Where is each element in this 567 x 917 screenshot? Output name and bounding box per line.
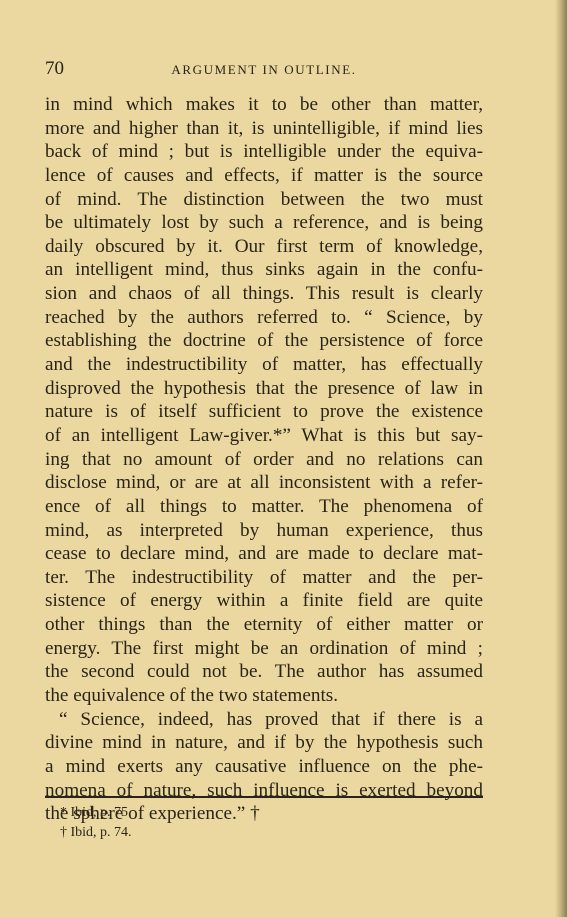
text-line: other things than the eternity of either… <box>45 613 483 637</box>
body-text: in mind which makes it to be other than … <box>45 93 483 826</box>
text-line: of an intelligent Law-giver.*” What is t… <box>45 424 483 448</box>
text-line: ing that no amount of order and no relat… <box>45 448 483 472</box>
text-line: a mind exerts any causative influence on… <box>45 755 483 779</box>
footnotes: * Ibid, p. 75. † Ibid, p. 74. <box>60 803 132 843</box>
text-line: disclose mind, or are at all inconsisten… <box>45 471 483 495</box>
running-title: ARGUMENT IN OUTLINE. <box>45 60 483 80</box>
text-line: sion and chaos of all things. This resul… <box>45 282 483 306</box>
footnote-rule <box>45 796 483 798</box>
text-line: lence of causes and effects, if matter i… <box>45 164 483 188</box>
text-line: and the indestructibility of matter, has… <box>45 353 483 377</box>
text-line: in mind which makes it to be other than … <box>45 93 483 117</box>
text-line: an intelligent mind, thus sinks again in… <box>45 258 483 282</box>
book-page: 70 ARGUMENT IN OUTLINE. in mind which ma… <box>0 0 567 917</box>
text-line: be ultimately lost by such a reference, … <box>45 211 483 235</box>
text-line: back of mind ; but is intelligible under… <box>45 140 483 164</box>
text-line: energy. The first might be an ordination… <box>45 637 483 661</box>
text-line: more and higher than it, is unintelligib… <box>45 117 483 141</box>
text-line: the second could not be. The author has … <box>45 660 483 684</box>
text-line: sistence of energy within a finite field… <box>45 589 483 613</box>
text-line: divine mind in nature, and if by the hyp… <box>45 731 483 755</box>
text-line: ence of all things to matter. The phenom… <box>45 495 483 519</box>
text-line: nomena of nature, such influence is exer… <box>45 779 483 803</box>
text-line: “ Science, indeed, has proved that if th… <box>45 708 483 732</box>
text-line: disproved the hypothesis that the presen… <box>45 377 483 401</box>
text-line: mind, as interpreted by human experience… <box>45 519 483 543</box>
text-line: cease to declare mind, and are made to d… <box>45 542 483 566</box>
text-line: establishing the doctrine of the persist… <box>45 329 483 353</box>
text-line: daily obscured by it. Our first term of … <box>45 235 483 259</box>
text-line: the equivalence of the two statements. <box>45 684 483 708</box>
footnote: † Ibid, p. 74. <box>60 823 132 843</box>
text-line: reached by the authors referred to. “ Sc… <box>45 306 483 330</box>
running-head: 70 ARGUMENT IN OUTLINE. <box>45 58 483 80</box>
footnote: * Ibid, p. 75. <box>60 803 132 823</box>
text-line: nature is of itself sufficient to prove … <box>45 400 483 424</box>
text-line: of mind. The distinction between the two… <box>45 188 483 212</box>
text-line: ter. The indestructibility of matter and… <box>45 566 483 590</box>
